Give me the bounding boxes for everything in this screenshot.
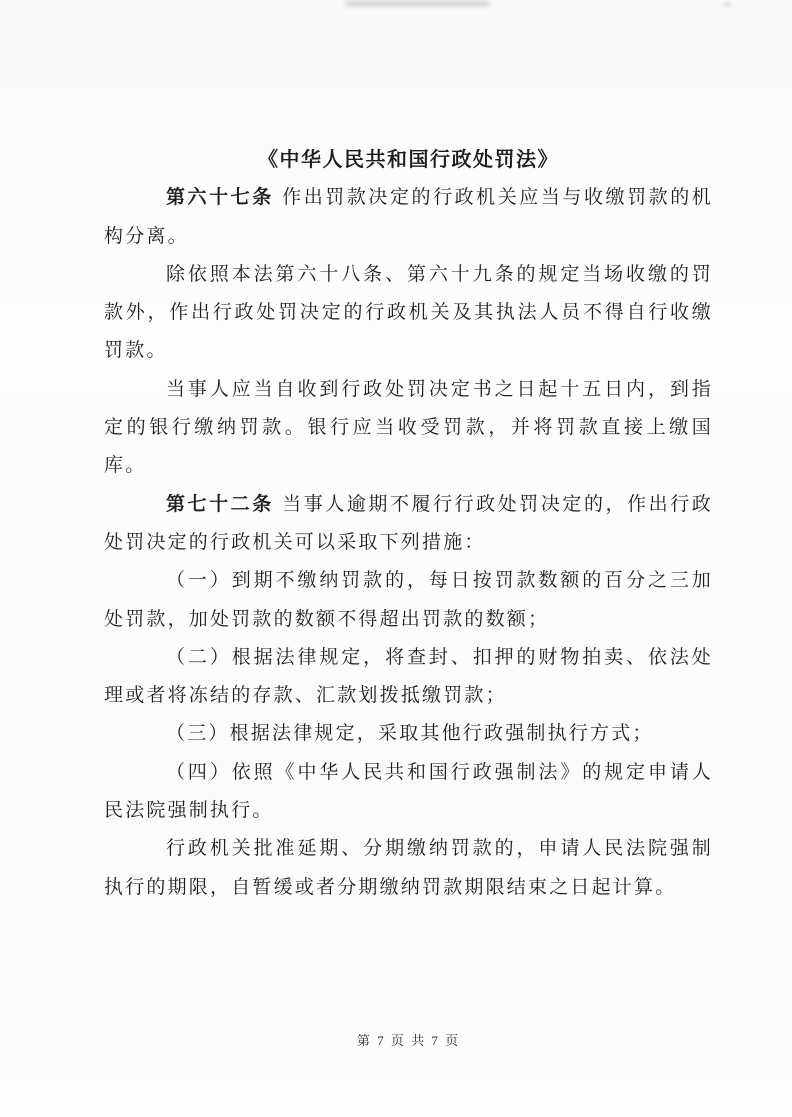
- paragraph: （三）根据法律规定，采取其他行政强制执行方式；: [104, 715, 713, 753]
- scan-artifact-dot: [723, 2, 732, 7]
- paragraph: 除依照本法第六十八条、第六十九条的规定当场收缴的罚款外，作出行政处罚决定的行政机…: [104, 256, 713, 371]
- article-number: 第六十七条: [166, 187, 274, 208]
- paragraph: （一）到期不缴纳罚款的，每日按罚款数额的百分之三加处罚款，加处罚款的数额不得超出…: [104, 562, 713, 639]
- paragraph-text: （一）到期不缴纳罚款的，每日按罚款数额的百分之三加处罚款，加处罚款的数额不得超出…: [104, 570, 713, 629]
- document-page: 《中华人民共和国行政处罚法》 第六十七条作出罚款决定的行政机关应当与收缴罚款的机…: [0, 0, 792, 1117]
- paragraph-text: 行政机关批准延期、分期缴纳罚款的，申请人民法院强制执行的期限，自暂缓或者分期缴纳…: [104, 838, 713, 897]
- paragraph: 第六十七条作出罚款决定的行政机关应当与收缴罚款的机构分离。: [104, 179, 713, 256]
- document-body: 第六十七条作出罚款决定的行政机关应当与收缴罚款的机构分离。 除依照本法第六十八条…: [104, 179, 713, 907]
- paragraph: （二）根据法律规定，将查封、扣押的财物拍卖、依法处理或者将冻结的存款、汇款划拨抵…: [104, 639, 713, 716]
- paragraph: 当事人应当自收到行政处罚决定书之日起十五日内，到指定的银行缴纳罚款。银行应当收受…: [104, 371, 713, 486]
- document-title: 《中华人民共和国行政处罚法》: [104, 141, 713, 179]
- paragraph-text: （二）根据法律规定，将查封、扣押的财物拍卖、依法处理或者将冻结的存款、汇款划拨抵…: [104, 647, 713, 706]
- paragraph: 行政机关批准延期、分期缴纳罚款的，申请人民法院强制执行的期限，自暂缓或者分期缴纳…: [104, 830, 713, 907]
- article-number: 第七十二条: [166, 494, 274, 515]
- paragraph-text: （三）根据法律规定，采取其他行政强制执行方式；: [166, 723, 654, 744]
- document-content: 《中华人民共和国行政处罚法》 第六十七条作出罚款决定的行政机关应当与收缴罚款的机…: [104, 141, 713, 907]
- page-number-footer: 第 7 页 共 7 页: [104, 1030, 713, 1049]
- paragraph-text: 当事人应当自收到行政处罚决定书之日起十五日内，到指定的银行缴纳罚款。银行应当收受…: [104, 379, 713, 477]
- paragraph-text: 除依照本法第六十八条、第六十九条的规定当场收缴的罚款外，作出行政处罚决定的行政机…: [104, 264, 713, 362]
- scan-artifact-smudge: [345, 0, 490, 7]
- paragraph-text: （四）依照《中华人民共和国行政强制法》的规定申请人民法院强制执行。: [104, 762, 713, 821]
- paragraph: 第七十二条当事人逾期不履行行政处罚决定的，作出行政处罚决定的行政机关可以采取下列…: [104, 486, 713, 563]
- paragraph: （四）依照《中华人民共和国行政强制法》的规定申请人民法院强制执行。: [104, 754, 713, 831]
